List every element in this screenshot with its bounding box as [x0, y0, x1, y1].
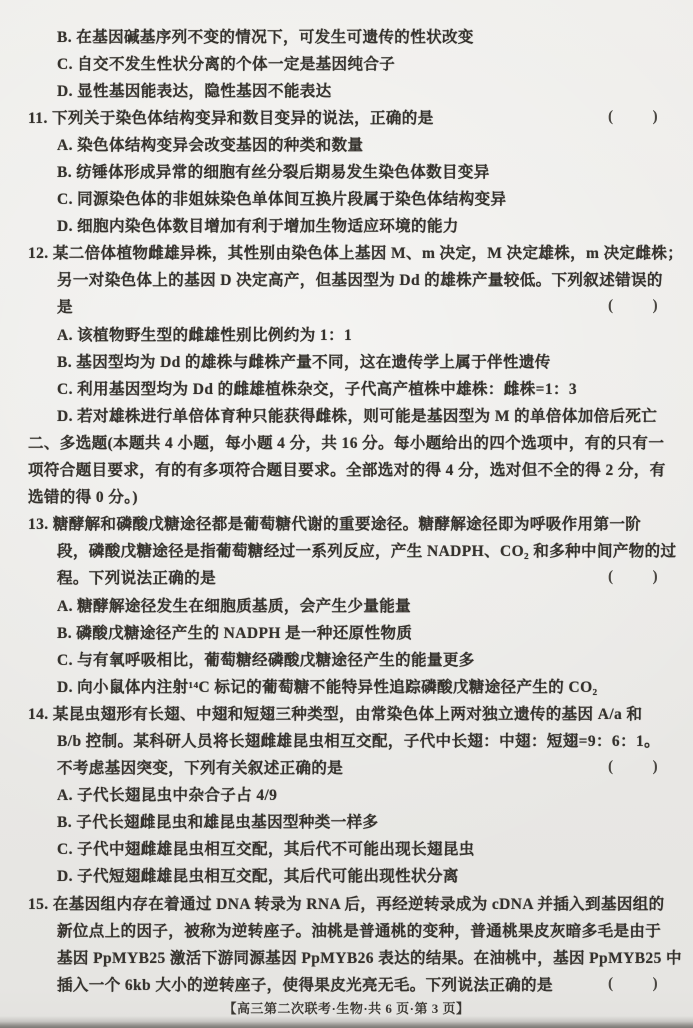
- answer-brackets: (): [608, 297, 658, 315]
- text-line: C. 与有氧呼吸相比，葡萄糖经磷酸戊糖途径产生的能量更多: [0, 645, 693, 672]
- bracket-open: (: [608, 297, 614, 315]
- line-text: B. 磷酸戊糖途径产生的 NADPH 是一种还原性物质: [57, 621, 412, 643]
- text-line: A. 该植物野生型的雌雄性别比例约为 1：1: [0, 320, 693, 347]
- line-text: A. 染色体结构变异会改变基因的种类和数量: [57, 133, 363, 155]
- line-text: 11. 下列关于染色体结构变异和数目变异的说法，正确的是: [28, 106, 434, 128]
- text-line: 选错的得 0 分。): [0, 483, 693, 510]
- line-text: 项符合题目要求，有的有多项符合题目要求。全部选对的得 4 分，选对但不全的得 2…: [28, 458, 666, 480]
- text-line: 基因 PpMYB25 激活下游同源基因 PpMYB26 表达的结果。在油桃中，基…: [0, 943, 693, 970]
- bracket-open: (: [608, 975, 614, 993]
- bracket-close: ): [652, 297, 658, 315]
- line-text: D. 细胞内染色体数目增加有利于增加生物适应环境的能力: [57, 214, 459, 236]
- text-line: B/b 控制。某科研人员将长翅雌雄昆虫相互交配，子代中长翅：中翅：短翅=9：6：…: [0, 726, 693, 753]
- text-line: 另一对染色体上的基因 D 决定高产，但基因型为 Dd 的雄株产量较低。下列叙述错…: [0, 266, 693, 293]
- line-text: 程。下列说法正确的是: [57, 566, 216, 588]
- text-line: C. 同源染色体的非姐妹染色单体间互换片段属于染色体结构变异: [0, 185, 693, 212]
- answer-brackets: (): [608, 108, 658, 126]
- bracket-close: ): [652, 758, 658, 776]
- line-text: B/b 控制。某科研人员将长翅雌雄昆虫相互交配，子代中长翅：中翅：短翅=9：6：…: [57, 729, 660, 751]
- line-text: 段，磷酸戊糖途径是指葡萄糖经过一系列反应，产生 NADPH、CO₂ 和多种中间产…: [57, 539, 676, 561]
- text-line: B. 磷酸戊糖途径产生的 NADPH 是一种还原性物质: [0, 618, 693, 645]
- bracket-close: ): [652, 975, 658, 993]
- text-line: D. 若对雄株进行单倍体育种只能获得雌株，则可能是基因型为 M 的单倍体加倍后死…: [0, 401, 693, 428]
- text-line: 14. 某昆虫翅形有长翅、中翅和短翅三种类型，由常染色体上两对独立遗传的基因 A…: [0, 699, 693, 726]
- line-text: A. 子代长翅昆虫中杂合子占 4/9: [57, 783, 277, 805]
- line-text: 12. 某二倍体植物雌雄异株，其性别由染色体上基因 M、m 决定，M 决定雄株，…: [28, 241, 683, 263]
- line-text: C. 与有氧呼吸相比，葡萄糖经磷酸戊糖途径产生的能量更多: [57, 648, 475, 670]
- text-line: B. 基因型均为 Dd 的雄株与雌株产量不同，这在遗传学上属于伴性遗传: [0, 347, 693, 374]
- text-line: C. 子代中翅雌雄昆虫相互交配，其后代不可能出现长翅昆虫: [0, 835, 693, 862]
- text-line: 段，磷酸戊糖途径是指葡萄糖经过一系列反应，产生 NADPH、CO₂ 和多种中间产…: [0, 537, 693, 564]
- text-line: 插入一个 6kb 大小的逆转座子，使得果皮光亮无毛。下列说法正确的是(): [0, 970, 693, 997]
- text-line: D. 显性基因能表达，隐性基因不能表达: [0, 76, 693, 103]
- text-line: C. 利用基因型均为 Dd 的雌雄植株杂交，子代高产植株中雄株：雌株=1：3: [0, 374, 693, 401]
- answer-brackets: (): [608, 975, 658, 993]
- line-text: D. 子代短翅雌雄昆虫相互交配，其后代可能出现性状分离: [57, 864, 459, 886]
- exam-lines: B. 在基因碱基序列不变的情况下，可发生可遗传的性状改变C. 自交不发生性状分离…: [0, 22, 693, 997]
- line-text: C. 子代中翅雌雄昆虫相互交配，其后代不可能出现长翅昆虫: [57, 837, 475, 859]
- page-footer: 【高三第二次联考·生物·共 6 页·第 3 页】: [0, 998, 693, 1017]
- text-line: 不考虑基因突变，下列有关叙述正确的是(): [0, 754, 693, 781]
- bracket-open: (: [608, 568, 614, 586]
- text-line: D. 向小鼠体内注射¹⁴C 标记的葡萄糖不能特异性追踪磷酸戊糖途径产生的 CO₂: [0, 672, 693, 699]
- bracket-open: (: [608, 108, 614, 126]
- line-text: C. 利用基因型均为 Dd 的雌雄植株杂交，子代高产植株中雄株：雌株=1：3: [57, 377, 577, 399]
- text-line: 项符合题目要求，有的有多项符合题目要求。全部选对的得 4 分，选对但不全的得 2…: [0, 456, 693, 483]
- line-text: 15. 在基因组内存在着通过 DNA 转录为 RNA 后，再经逆转录成为 cDN…: [28, 892, 665, 914]
- line-text: C. 同源染色体的非姐妹染色单体间互换片段属于染色体结构变异: [57, 187, 506, 209]
- text-line: C. 自交不发生性状分离的个体一定是基因纯合子: [0, 49, 693, 76]
- line-text: 基因 PpMYB25 激活下游同源基因 PpMYB26 表达的结果。在油桃中，基…: [57, 946, 682, 968]
- bracket-close: ): [652, 108, 658, 126]
- line-text: 选错的得 0 分。): [28, 485, 138, 507]
- bracket-open: (: [608, 758, 614, 776]
- text-line: 12. 某二倍体植物雌雄异株，其性别由染色体上基因 M、m 决定，M 决定雄株，…: [0, 239, 693, 266]
- text-line: 新位点上的因子，被称为逆转座子。油桃是普通桃的变种，普通桃果皮灰暗多毛是由于: [0, 916, 693, 943]
- line-text: B. 在基因碱基序列不变的情况下，可发生可遗传的性状改变: [57, 25, 474, 47]
- text-line: B. 纺锤体形成异常的细胞有丝分裂后期易发生染色体数目变异: [0, 157, 693, 184]
- text-line: A. 子代长翅昆虫中杂合子占 4/9: [0, 781, 693, 808]
- line-text: A. 糖酵解途径发生在细胞质基质，会产生少量能量: [57, 594, 411, 616]
- line-text: A. 该植物野生型的雌雄性别比例约为 1：1: [57, 323, 352, 345]
- line-text: B. 子代长翅雌昆虫和雄昆虫基因型种类一样多: [57, 810, 378, 832]
- line-text: B. 基因型均为 Dd 的雄株与雌株产量不同，这在遗传学上属于伴性遗传: [57, 350, 551, 372]
- scan-edge-shadow: [0, 1016, 693, 1028]
- text-line: D. 子代短翅雌雄昆虫相互交配，其后代可能出现性状分离: [0, 862, 693, 889]
- text-line: 11. 下列关于染色体结构变异和数目变异的说法，正确的是(): [0, 103, 693, 130]
- text-line: 是(): [0, 293, 693, 320]
- line-text: C. 自交不发生性状分离的个体一定是基因纯合子: [57, 52, 395, 74]
- line-text: 插入一个 6kb 大小的逆转座子，使得果皮光亮无毛。下列说法正确的是: [57, 973, 553, 995]
- text-line: D. 细胞内染色体数目增加有利于增加生物适应环境的能力: [0, 212, 693, 239]
- line-text: 不考虑基因突变，下列有关叙述正确的是: [57, 756, 343, 778]
- text-line: B. 子代长翅雌昆虫和雄昆虫基因型种类一样多: [0, 808, 693, 835]
- line-text: 另一对染色体上的基因 D 决定高产，但基因型为 Dd 的雄株产量较低。下列叙述错…: [57, 268, 663, 290]
- line-text: 是: [57, 295, 73, 317]
- text-line: A. 糖酵解途径发生在细胞质基质，会产生少量能量: [0, 591, 693, 618]
- text-line: 二、多选题(本题共 4 小题，每小题 4 分，共 16 分。每小题给出的四个选项…: [0, 428, 693, 455]
- answer-brackets: (): [608, 758, 658, 776]
- text-line: 程。下列说法正确的是(): [0, 564, 693, 591]
- text-line: A. 染色体结构变异会改变基因的种类和数量: [0, 130, 693, 157]
- line-text: 13. 糖酵解和磷酸戊糖途径都是葡萄糖代谢的重要途径。糖酵解途径即为呼吸作用第一…: [28, 512, 641, 534]
- bracket-close: ): [652, 568, 658, 586]
- exam-page: B. 在基因碱基序列不变的情况下，可发生可遗传的性状改变C. 自交不发生性状分离…: [0, 0, 693, 1028]
- line-text: 二、多选题(本题共 4 小题，每小题 4 分，共 16 分。每小题给出的四个选项…: [28, 431, 664, 453]
- answer-brackets: (): [608, 568, 658, 586]
- text-line: 13. 糖酵解和磷酸戊糖途径都是葡萄糖代谢的重要途径。糖酵解途径即为呼吸作用第一…: [0, 510, 693, 537]
- line-text: D. 若对雄株进行单倍体育种只能获得雌株，则可能是基因型为 M 的单倍体加倍后死…: [57, 404, 657, 426]
- line-text: 新位点上的因子，被称为逆转座子。油桃是普通桃的变种，普通桃果皮灰暗多毛是由于: [57, 919, 661, 941]
- line-text: D. 向小鼠体内注射¹⁴C 标记的葡萄糖不能特异性追踪磷酸戊糖途径产生的 CO₂: [57, 675, 598, 697]
- text-line: B. 在基因碱基序列不变的情况下，可发生可遗传的性状改变: [0, 22, 693, 49]
- line-text: 14. 某昆虫翅形有长翅、中翅和短翅三种类型，由常染色体上两对独立遗传的基因 A…: [28, 702, 642, 724]
- text-line: 15. 在基因组内存在着通过 DNA 转录为 RNA 后，再经逆转录成为 cDN…: [0, 889, 693, 916]
- line-text: D. 显性基因能表达，隐性基因不能表达: [57, 79, 332, 101]
- line-text: B. 纺锤体形成异常的细胞有丝分裂后期易发生染色体数目变异: [57, 160, 490, 182]
